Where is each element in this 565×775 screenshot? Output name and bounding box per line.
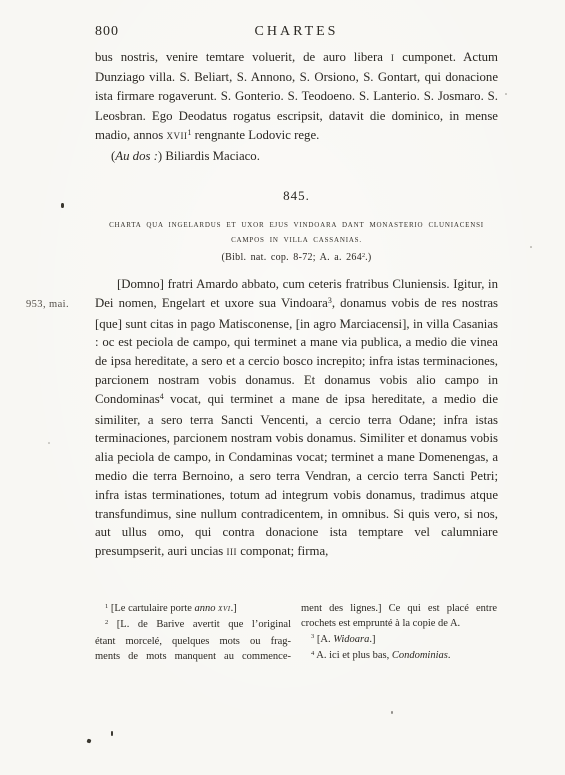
text-segment: 2 [105,619,108,626]
text-segment: componat; firma, [237,544,328,558]
text-column: bus nostris, venire temtare voluerit, de… [95,48,498,561]
footnote-line: étant morcelé, quelques mots ou frag- [95,634,291,649]
footnote-line: 1 [Le cartulaire porte anno xvi.] [95,601,291,617]
margin-date-note: 953, mai. [26,299,90,310]
charter-title-line-1: CHARTA QUA INGELARDUS ET UXOR EJUS VINDO… [95,218,498,233]
text-segment: 3 [311,633,314,640]
text-segment: [L. de Barive avertit que l’original [108,619,291,630]
scan-speck [61,203,64,208]
scan-speck [505,93,507,95]
running-title: CHARTES [95,24,498,40]
text-segment: A. ici et plus bas, [314,650,392,661]
footnotes: 1 [Le cartulaire porte anno xvi.]2 [L. d… [95,601,498,664]
source-reference: (Bibl. nat. cop. 8-72; A. a. 2642.) [95,252,498,263]
footnote-line: 3 [A. Widoara.] [301,632,497,648]
continuation-paragraph: bus nostris, venire temtare voluerit, de… [95,48,498,147]
scan-speck [111,731,113,736]
text-segment: .) [365,252,371,263]
text-segment: [A. [314,634,333,645]
text-segment: (Bibl. nat. cop. 8-72; A. a. 264 [221,252,362,263]
footnote-line: 2 [L. de Barive avertit que l’original [95,617,291,633]
text-segment: rengnante Lodovic rege. [191,128,319,142]
text-segment: ments de mots manquent au commence- [95,651,291,662]
footnote-line: ment des lignes.] Ce qui est placé entre [301,601,497,616]
text-segment: anno [195,603,219,614]
text-segment: Condominias [392,650,448,661]
text-segment: 2 [362,252,365,259]
page-header: 800 CHARTES [95,24,498,42]
footnote-line: 4 A. ici et plus bas, Condominias. [301,648,497,664]
text-segment: étant morcelé, quelques mots ou frag- [95,636,291,647]
footnote-line: ments de mots manquent au commence- [95,649,291,664]
text-segment: . [448,650,451,661]
au-dos-line: (Au dos :) Biliardis Maciaco. [95,147,498,167]
charter-number: 845. [95,188,498,204]
text-segment: [Le cartulaire porte [108,603,194,614]
text-segment: xvi [218,603,230,614]
text-segment: Widoara [333,634,369,645]
text-segment: bus nostris, venire temtare voluerit, de… [95,50,391,64]
text-segment: crochets est emprunté à la copie de A. [301,618,460,629]
text-segment: .] [231,603,237,614]
book-page: 800 CHARTES 953, mai. bus nostris, venir… [0,0,565,775]
text-segment: vocat, qui terminet a mane de ipsa hered… [95,392,498,558]
charter-title: CHARTA QUA INGELARDUS ET UXOR EJUS VINDO… [95,218,498,248]
text-segment: iii [227,544,238,558]
text-segment: Au dos : [115,149,158,163]
text-segment: , donamus vobis de res nostras [que] sun… [95,296,498,406]
scan-speck [86,738,91,743]
text-segment: ment des lignes.] Ce qui est placé entre [301,603,497,614]
text-segment: 1 [187,128,191,137]
footnote-column-right: ment des lignes.] Ce qui est placé entre… [301,601,497,664]
text-segment: 1 [105,603,108,610]
charter-title-line-2: CAMPOS IN VILLA CASSANIAS. [95,233,498,248]
text-segment: 4 [160,392,164,401]
charter-body-paragraph: [Domno] fratri Amardo abbato, cum ceteri… [95,275,498,561]
text-segment: ) Biliardis Maciaco. [158,149,260,163]
scan-speck [48,442,50,444]
scan-speck [530,246,532,248]
scan-speck [391,711,393,714]
footnote-column-left: 1 [Le cartulaire porte anno xvi.]2 [L. d… [95,601,291,664]
footnote-line: crochets est emprunté à la copie de A. [301,616,497,631]
text-segment: 3 [328,296,332,305]
text-segment: .] [369,634,375,645]
text-segment: xvii [166,128,187,142]
text-segment: 4 [311,650,314,657]
